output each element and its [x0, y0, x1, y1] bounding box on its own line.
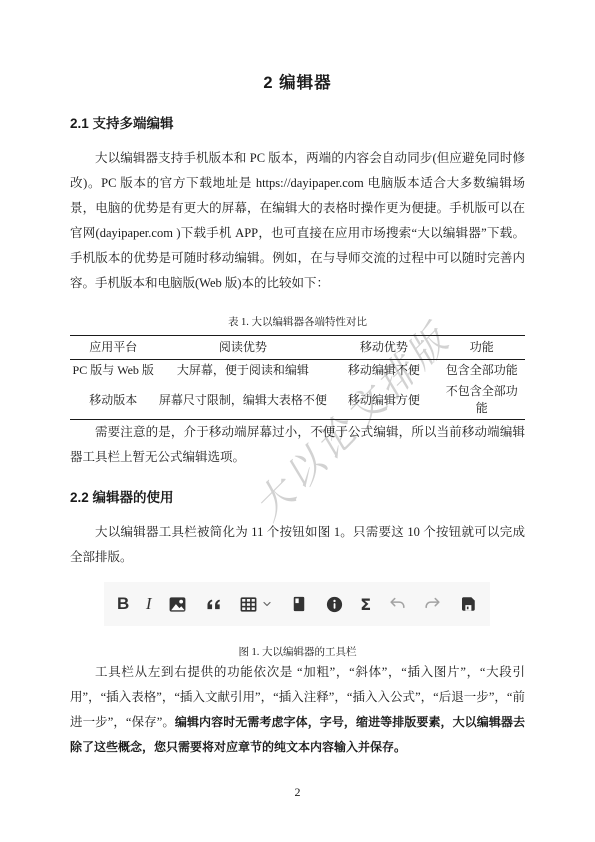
paragraph-formula-note: 需要注意的是，介于移动端屏幕过小，不便于公式编辑，所以当前移动端编辑器工具栏上暂… [70, 420, 525, 470]
insert-citation-icon [290, 595, 308, 613]
paragraph-toolbar-intro: 大以编辑器工具栏被简化为 11 个按钮如图 1。只需要这 10 个按钮就可以完成… [70, 520, 525, 570]
paragraph-multi-device: 大以编辑器支持手机版本和 PC 版本，两端的内容会自动同步(但应避免同时修改)。… [70, 146, 525, 296]
insert-table-group [239, 595, 273, 614]
insert-image-icon-glyph [168, 595, 187, 614]
paragraph-toolbar-description: 工具栏从左到右提供的功能依次是 “加粗”，“斜体”，“插入图片”，“大段引用”，… [70, 660, 525, 760]
table-cell: 不包含全部功能 [439, 381, 525, 420]
bold-icon: B [117, 594, 129, 614]
insert-citation-icon-glyph [290, 595, 308, 613]
table-cell: 屏幕尺寸限制，编辑大表格不便 [156, 381, 329, 420]
page-title: 2 编辑器 [70, 72, 525, 94]
table-cell: 移动编辑方便 [329, 381, 438, 420]
document-page: 大以论文排版 2 编辑器 2.1 支持多端编辑 大以编辑器支持手机版本和 PC … [0, 0, 595, 842]
section-heading-2-1: 2.1 支持多端编辑 [70, 114, 525, 134]
bold-icon-label: B [117, 594, 129, 614]
table-cell: 移动版本 [70, 381, 156, 420]
redo-icon [423, 595, 442, 614]
insert-formula-icon: Σ [360, 595, 371, 614]
page-number: 2 [0, 785, 595, 800]
table-cell: 包含全部功能 [439, 360, 525, 382]
sigma-icon-label: Σ [360, 595, 371, 614]
redo-icon-glyph [423, 595, 442, 614]
insert-table-icon [239, 595, 258, 614]
chevron-down-icon [261, 598, 273, 610]
table-cell: PC 版与 Web 版 [70, 360, 156, 382]
table-caption: 表 1. 大以编辑器各端特性对比 [70, 316, 525, 330]
table-row: 移动版本 屏幕尺寸限制，编辑大表格不便 移动编辑方便 不包含全部功能 [70, 381, 525, 420]
table-cell: 大屏幕，便于阅读和编辑 [156, 360, 329, 382]
insert-image-icon [168, 595, 187, 614]
save-icon-glyph [459, 595, 477, 613]
insert-footnote-icon-glyph [325, 595, 344, 614]
table-cell: 移动编辑不便 [329, 360, 438, 382]
insert-footnote-icon [325, 595, 344, 614]
undo-icon [388, 595, 407, 614]
save-icon [459, 595, 477, 613]
table-header-reading: 阅读优势 [156, 336, 329, 360]
table-header-features: 功能 [439, 336, 525, 360]
table-row: PC 版与 Web 版 大屏幕，便于阅读和编辑 移动编辑不便 包含全部功能 [70, 360, 525, 382]
comparison-table: 应用平台 阅读优势 移动优势 功能 PC 版与 Web 版 大屏幕，便于阅读和编… [70, 335, 525, 420]
figure-toolbar-image: B I [104, 582, 490, 626]
table-header-row: 应用平台 阅读优势 移动优势 功能 [70, 336, 525, 360]
figure-caption: 图 1. 大以编辑器的工具栏 [70, 646, 525, 660]
table-header-platform: 应用平台 [70, 336, 156, 360]
blockquote-icon [204, 595, 223, 614]
table-header-mobility: 移动优势 [329, 336, 438, 360]
undo-icon-glyph [388, 595, 407, 614]
italic-icon: I [146, 594, 152, 614]
italic-icon-label: I [146, 594, 152, 614]
section-heading-2-2: 2.2 编辑器的使用 [70, 488, 525, 508]
blockquote-icon-glyph [204, 595, 223, 614]
